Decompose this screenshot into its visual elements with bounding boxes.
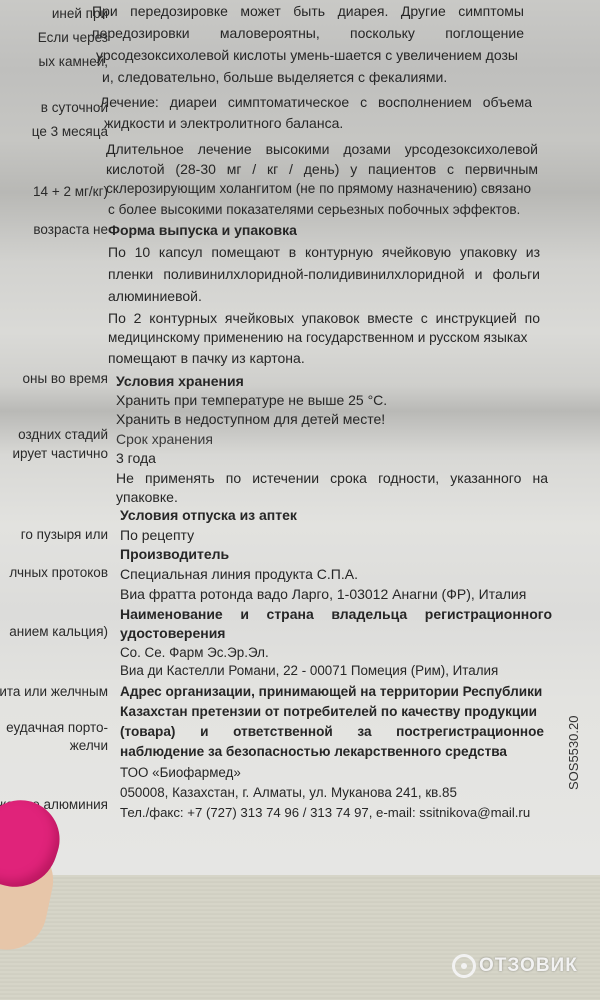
left-line: го пузыря или <box>21 527 108 542</box>
text-line: По 10 капсул помещают в контурную ячейко… <box>108 243 540 262</box>
section-heading: Производитель <box>120 545 229 564</box>
left-line: лчных протоков <box>9 565 108 580</box>
text-line: склерозирующим холангитом (не по прямому… <box>106 180 531 199</box>
text-line: Виа фратта ротонда вадо Ларго, 1-03012 А… <box>120 585 526 604</box>
text-line: Хранить в недоступном для детей месте! <box>116 410 385 429</box>
left-line: оздних стадий <box>18 427 108 442</box>
left-line: в суточной <box>41 100 108 115</box>
section-heading: (товара) и ответственной за пострегистра… <box>120 723 544 742</box>
left-line: ирует частично <box>12 446 108 461</box>
text-line: 3 года <box>116 449 156 468</box>
section-heading: Срок хранения <box>116 430 213 449</box>
text-line: 050008, Казахстан, г. Алматы, ул. Мукано… <box>120 784 457 803</box>
text-line: пленки поливинилхлоридной-полидивинилхло… <box>108 265 540 284</box>
text-line: Лечение: диареи симптоматическое с воспо… <box>100 93 532 112</box>
text-line: алюминиевой. <box>108 287 202 306</box>
text-line: По рецепту <box>120 526 194 545</box>
otzovik-logo-icon <box>452 954 476 978</box>
left-line: еудачная порто- <box>6 720 108 735</box>
left-line: ита или желчным <box>0 684 108 699</box>
section-heading: удостоверения <box>120 624 225 643</box>
section-heading: Адрес организации, принимающей на террит… <box>120 683 542 702</box>
left-line: анием кальция) <box>9 624 108 639</box>
text-line: урсодезоксихолевой кислоты умень-шается … <box>96 46 518 65</box>
text-line: Со. Се. Фарм Эс.Эр.Эл. <box>120 644 269 663</box>
text-line: передозировки маловероятны, поскольку по… <box>92 24 524 43</box>
text-line: с более высокими показателями серьезных … <box>108 201 520 220</box>
fabric-background <box>0 875 600 1000</box>
text-line: Хранить при температуре не выше 25 °С. <box>116 391 387 410</box>
text-line: По 2 контурных ячейковых упаковок вместе… <box>108 309 540 328</box>
left-line: оны во время <box>23 371 108 386</box>
text-line: жидкости и электролитного баланса. <box>104 114 343 133</box>
text-line: Длительное лечение высокими дозами урсод… <box>106 140 538 159</box>
left-line: 14 + 2 мг/кг) <box>33 184 108 199</box>
watermark-text: ОТЗОВИК <box>479 955 578 977</box>
section-heading: Форма выпуска и упаковка <box>108 221 297 240</box>
text-line: кислотой (28-30 мг / кг / день) у пациен… <box>106 160 538 179</box>
text-line: упаковке. <box>116 488 178 507</box>
section-heading: наблюдение за безопасностью лекарственно… <box>120 743 507 762</box>
text-line: медицинскому применению на государственн… <box>108 329 527 348</box>
left-line: це 3 месяца <box>32 124 108 139</box>
text-line: Не применять по истечении срока годности… <box>116 469 548 488</box>
text-line: Специальная линия продукта С.П.А. <box>120 565 358 584</box>
text-line: помещают в пачку из картона. <box>108 349 305 368</box>
left-line: возраста не <box>33 222 108 237</box>
text-line: ТОО «Биофармед» <box>120 764 241 783</box>
left-line: желчи <box>70 738 108 753</box>
section-heading: Условия отпуска из аптек <box>120 506 297 525</box>
print-code: SOS5530.20 <box>566 716 581 790</box>
instruction-leaflet: иней при Если через ых камней, в суточно… <box>0 0 600 875</box>
text-line: Тел./факс: +7 (727) 313 74 96 / 313 74 9… <box>120 804 530 823</box>
text-line: и, следовательно, больше выделяется с фе… <box>102 68 447 87</box>
text-line: При передозировке может быть диарея. Дру… <box>92 2 524 21</box>
section-heading: Казахстан претензии от потребителей по к… <box>120 703 537 722</box>
section-heading: Наименование и страна владельца регистра… <box>120 605 552 624</box>
watermark: ОТЗОВИК <box>452 954 578 978</box>
text-line: Виа ди Кастелли Романи, 22 - 00071 Помец… <box>120 662 498 681</box>
section-heading: Условия хранения <box>116 372 244 391</box>
